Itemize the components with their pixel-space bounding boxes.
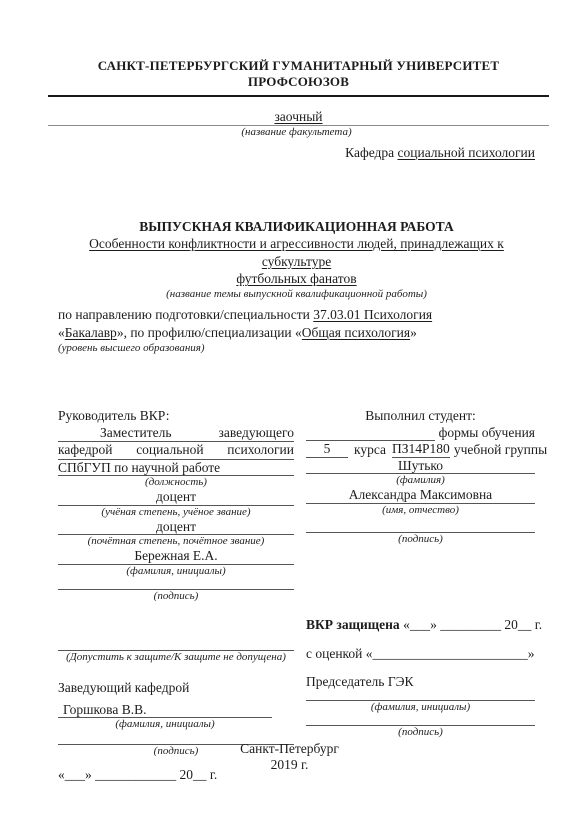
topic-caption: (название темы выпускной квалификационно… [58,288,535,301]
student-surname-value: Шутько [306,458,535,475]
course-group-row: 5 курса ПЗ14Р180 учебной группы [306,441,535,458]
faculty-value: заочный [274,109,322,124]
admission-line [58,641,294,651]
degree-caption: (учёная степень, учёное звание) [58,506,294,519]
department-line: Кафедра социальной психологии [58,144,535,161]
grade-line: с оценкой «_______________________» [306,645,535,663]
advisor-honorary-value: доцент [58,519,294,536]
student-name-caption: (имя, отчество) [306,504,535,517]
advisor-position-line-2: кафедрой социальной психологии [58,442,294,460]
group-label: учебной группы [450,442,547,458]
chairman-signature-line [306,714,535,726]
student-column: Выполнил студент: формы обучения 5 курса… [306,407,535,784]
advisor-signature-caption: (подпись) [58,590,294,603]
study-form-label: формы обучения [435,425,535,441]
faculty-caption: (название факультета) [58,126,535,139]
department-value: социальной психологии [398,145,536,160]
topic-line-2: футбольных фанатов [58,270,535,288]
defense-date-line: ВКР защищена «___» _________ 20__ г. [306,616,535,634]
level-value: Бакалавр [65,325,117,340]
advisor-name-value: Бережная Е.А. [58,548,294,565]
level-caption: (уровень высшего образования) [58,342,535,355]
position-caption: (должность) [58,476,294,489]
defense-block: ВКР защищена «___» _________ 20__ г. с о… [306,616,535,739]
study-form-row: формы обучения [306,425,535,441]
honorary-caption: (почётная степень, почётное звание) [58,535,294,548]
department-head-name-block: Горшкова В.В. (фамилия, инициалы) [58,702,272,732]
student-heading: Выполнил студент: [306,407,535,425]
topic-line-1: Особенности конфликтности и агрессивност… [58,235,535,270]
course-value: 5 [306,441,348,458]
university-name: САНКТ-ПЕТЕРБУРГСКИЙ ГУМАНИТАРНЫЙ УНИВЕРС… [48,58,549,97]
footer-city: Санкт-Петербург [0,741,579,757]
direction-prefix: по направлению подготовки/специальности [58,307,310,322]
department-head-name-value: Горшкова В.В. [58,702,272,719]
student-signature-line [306,521,535,533]
advisor-position-line-1: Заместитель заведующего [58,425,294,443]
two-column-section: Руководитель ВКР: Заместитель заведующег… [58,407,535,784]
direction-line: по направлению подготовки/специальности … [58,306,535,324]
direction-value: 37.03.01 Психология [313,307,432,322]
advisor-heading: Руководитель ВКР: [58,407,294,425]
course-label: курса [348,442,392,458]
advisor-degree-value: доцент [58,489,294,506]
student-surname-caption: (фамилия) [306,474,535,487]
student-signature-caption: (подпись) [306,533,535,546]
work-type-title: ВЫПУСКНАЯ КВАЛИФИКАЦИОННАЯ РАБОТА [58,218,535,235]
admission-caption: (Допустить к защите/К защите не допущена… [58,651,294,664]
defense-date-value: «___» _________ 20__ г. [403,617,542,632]
footer-year: 2019 г. [0,757,579,773]
advisor-name-caption: (фамилия, инициалы) [58,565,294,578]
advisor-position-line-3: СПбГУП по научной работе [58,460,294,477]
level-line: «Бакалавр», по профилю/специализации «Об… [58,324,535,342]
profile-value: Общая психология [302,325,410,340]
chairman-label: Председатель ГЭК [306,673,535,691]
defense-label: ВКР защищена [306,617,400,632]
group-value: ПЗ14Р180 [392,441,450,458]
department-head-name-caption: (фамилия, инициалы) [58,718,272,731]
footer: Санкт-Петербург 2019 г. [0,741,579,773]
thesis-title-page: САНКТ-ПЕТЕРБУРГСКИЙ ГУМАНИТАРНЫЙ УНИВЕРС… [0,0,579,819]
student-name-value: Александра Максимовна [306,487,535,504]
faculty-line: заочный [48,109,549,126]
chairman-signature-caption: (подпись) [306,726,535,739]
chairman-name-caption: (фамилия, инициалы) [306,701,535,714]
advisor-column: Руководитель ВКР: Заместитель заведующег… [58,407,294,784]
chairman-name-line [306,693,535,701]
advisor-signature-line [58,580,294,590]
department-label: Кафедра [345,145,394,160]
department-head-heading: Заведующий кафедрой [58,679,294,697]
